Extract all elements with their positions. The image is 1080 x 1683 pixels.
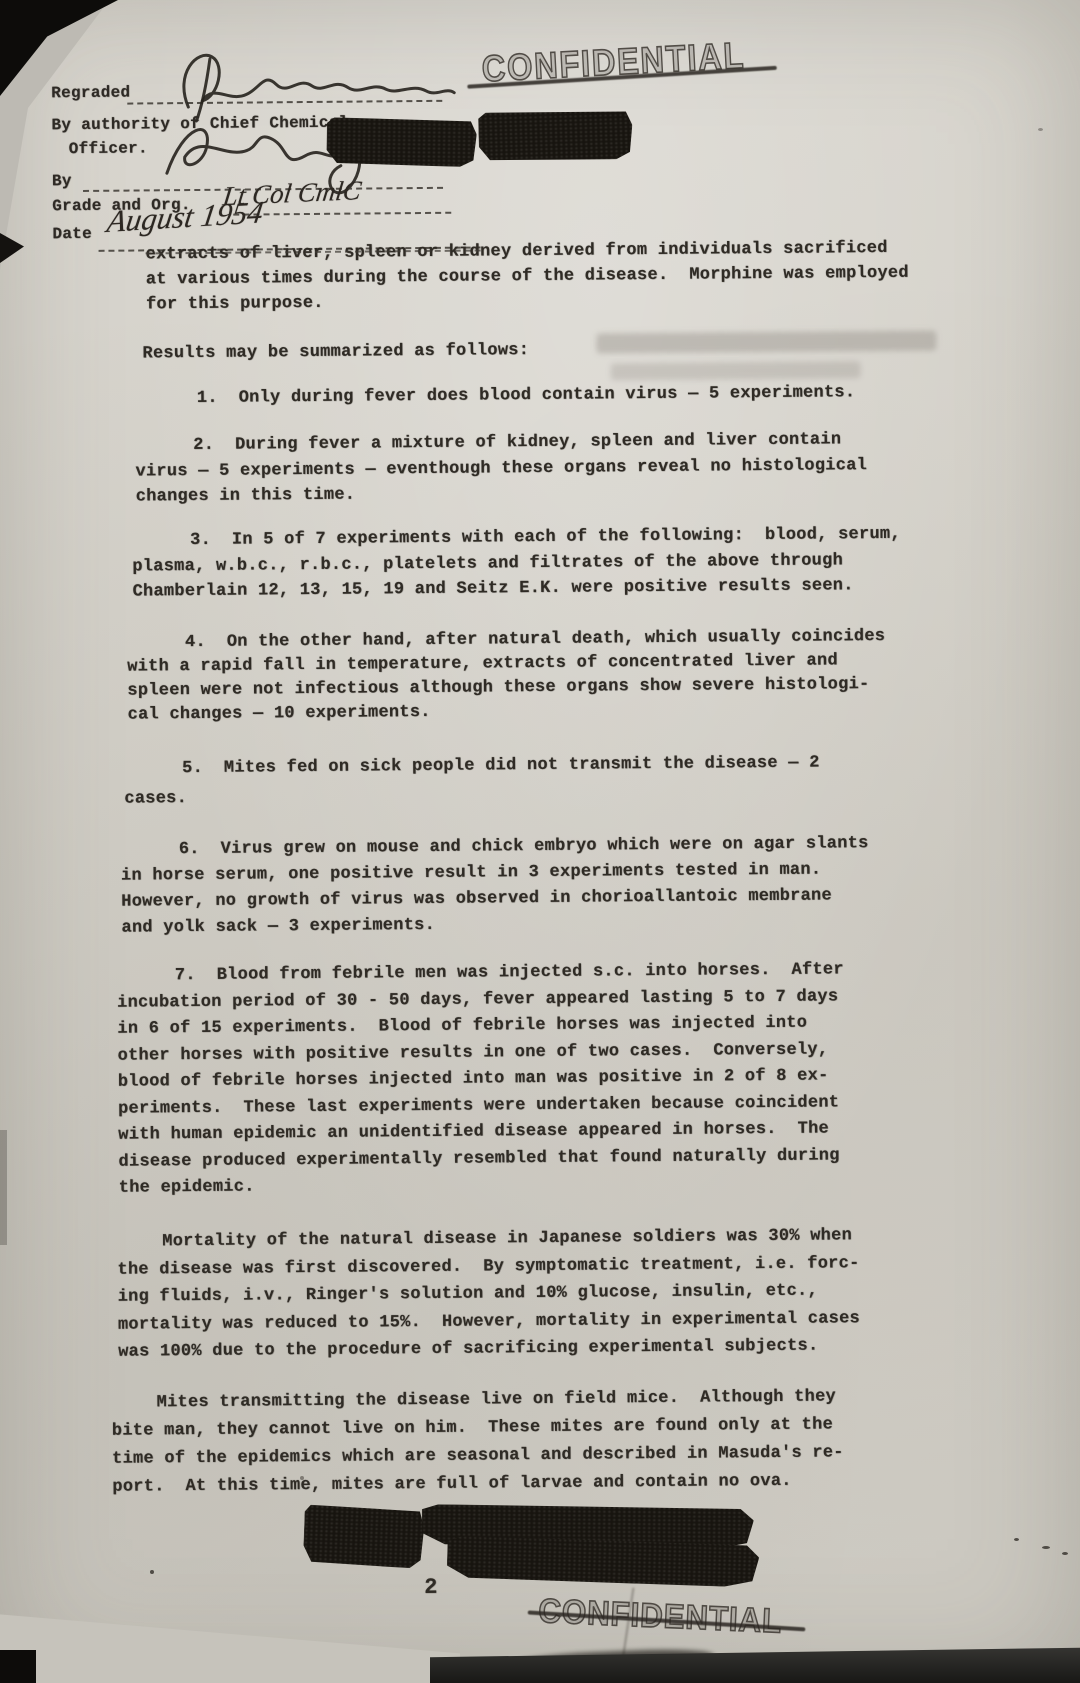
page-content: Regraded By authority of Chief Chemical … xyxy=(0,0,1080,1683)
scan-corner-black-bottomleft xyxy=(0,1650,36,1683)
redaction-block xyxy=(478,109,633,163)
scanned-document-page: Regraded By authority of Chief Chemical … xyxy=(0,0,1080,1683)
body-line: other horses with positive results in on… xyxy=(118,1039,829,1067)
body-line: 4. On the other hand, after natural deat… xyxy=(185,626,885,654)
grade-dashed-rule xyxy=(233,212,451,216)
speck xyxy=(1038,128,1043,131)
body-line: bite man, they cannot live on him. These… xyxy=(112,1414,833,1442)
speck xyxy=(1042,1546,1050,1549)
body-line: periments. These last experiments were u… xyxy=(118,1092,839,1120)
body-line: Chamberlain 12, 13, 15, 19 and Seitz E.K… xyxy=(132,575,853,603)
body-line: time of the epidemics which are seasonal… xyxy=(112,1442,844,1470)
by-label: By xyxy=(52,172,72,190)
body-line: in 6 of 15 experiments. Blood of febrile… xyxy=(117,1013,807,1041)
body-line: the disease was first discovered. By sym… xyxy=(117,1253,859,1281)
body-line: 1. Only during fever does blood contain … xyxy=(197,382,856,410)
body-line: ing fluids, i.v., Ringer's solution and … xyxy=(118,1281,818,1309)
body-line: mortality was reduced to 15%. However, m… xyxy=(118,1308,860,1336)
body-line: and yolk sack — 3 experiments. xyxy=(121,915,435,940)
body-line: disease produced experimentally resemble… xyxy=(118,1145,839,1173)
body-line: cases. xyxy=(124,788,187,811)
body-line: was 100% due to the procedure of sacrifi… xyxy=(118,1336,818,1364)
body-line: cal changes — 10 experiments. xyxy=(128,702,431,727)
body-line: the epidemic. xyxy=(119,1177,255,1200)
scan-edge-mark xyxy=(0,1130,7,1245)
bleedthrough-mark xyxy=(596,331,936,354)
document-body: extracts of liver, spleen or kidney deri… xyxy=(0,0,1073,5)
page-number: 2 xyxy=(424,1577,438,1599)
body-line: blood of febrile horses injected into ma… xyxy=(118,1065,829,1093)
body-line: 2. During fever a mixture of kidney, spl… xyxy=(193,429,841,457)
body-line: with human epidemic an unidentified dise… xyxy=(118,1118,829,1146)
body-line: plasma, w.b.c., r.b.c., platelets and fi… xyxy=(132,550,843,578)
body-line: changes in this time. xyxy=(136,485,356,509)
speck xyxy=(1014,1538,1019,1541)
body-line: Mortality of the natural disease in Japa… xyxy=(162,1225,852,1253)
body-line: spleen were not infectious although thes… xyxy=(127,674,869,702)
regraded-label: Regraded xyxy=(51,84,130,103)
body-line: 5. Mites fed on sick people did not tran… xyxy=(182,753,820,781)
body-line: Results may be summarized as follows: xyxy=(142,340,529,365)
redaction-block xyxy=(303,1504,425,1568)
speck xyxy=(150,1570,154,1574)
speck xyxy=(300,1476,304,1480)
body-line: virus — 5 experiments — eventhough these… xyxy=(135,455,867,483)
body-line: port. At this time, mites are full of la… xyxy=(112,1471,792,1499)
body-line: However, no growth of virus was observed… xyxy=(121,885,832,913)
body-line: 7. Blood from febrile men was injected s… xyxy=(175,959,844,987)
date-label: Date xyxy=(52,225,92,243)
officer-line: Officer. xyxy=(69,139,148,158)
redaction-block xyxy=(326,117,477,167)
body-line: 6. Virus grew on mouse and chick embryo … xyxy=(179,833,869,861)
body-line: in horse serum, one positive result in 3… xyxy=(121,860,821,888)
body-line: at various times during the course of th… xyxy=(146,263,909,292)
body-line: 3. In 5 of 7 experiments with each of th… xyxy=(190,524,901,552)
body-line: incubation period of 30 - 50 days, fever… xyxy=(117,986,838,1014)
body-line: for this purpose. xyxy=(146,293,324,317)
body-line: Mites transmitting the disease live on f… xyxy=(157,1386,837,1414)
bleedthrough-mark xyxy=(611,361,861,380)
speck xyxy=(1062,1552,1068,1555)
